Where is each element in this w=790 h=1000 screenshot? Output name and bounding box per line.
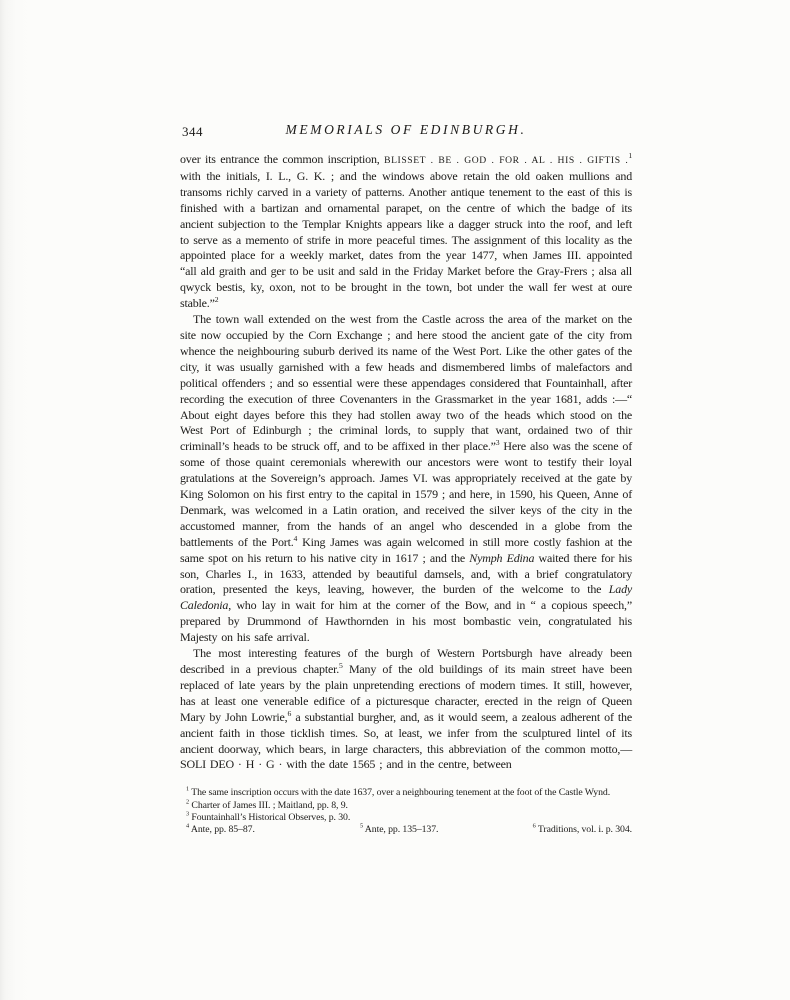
footnote-text: The same inscription occurs with the dat… — [189, 787, 610, 798]
footnote: 5 Ante, pp. 135–137. — [360, 824, 525, 836]
text-segment: , who lay in wait for him at the corner … — [180, 598, 632, 644]
footnote: 2 Charter of James III. ; Maitland, pp. … — [180, 800, 632, 812]
footnotes: 1 The same inscription occurs with the d… — [180, 787, 632, 836]
footnote-text: Fountainhall’s Historical Observes, p. 3… — [189, 812, 350, 823]
text-segment: The town wall extended on the west from … — [180, 312, 632, 453]
inscription-text: BLISSET . BE . GOD . FOR . AL . HIS . GI… — [384, 155, 628, 166]
footnote: 1 The same inscription occurs with the d… — [180, 787, 632, 799]
text-segment: over its entrance the common inscription… — [180, 152, 384, 166]
italic-text: Nymph Edina — [469, 551, 534, 565]
paragraph: The most interesting features of the bur… — [180, 646, 632, 773]
paragraph: over its entrance the common inscription… — [180, 152, 632, 312]
footnote-text: Ante, pp. 135–137. — [363, 824, 438, 835]
running-header-title: MEMORIALS OF EDINBURGH. — [180, 122, 632, 138]
footnote: 3 Fountainhall’s Historical Observes, p.… — [180, 812, 632, 824]
footnote: 4 Ante, pp. 85–87. — [186, 824, 360, 836]
footnote-text: Traditions, vol. i. p. 304. — [536, 824, 632, 835]
footnote-text: Charter of James III. ; Maitland, pp. 8,… — [189, 800, 348, 811]
page-header: 344 MEMORIALS OF EDINBURGH. — [180, 122, 632, 140]
footnote: 6 Traditions, vol. i. p. 304. — [525, 824, 632, 836]
footnote-marker: 2 — [215, 295, 219, 304]
paragraph: The town wall extended on the west from … — [180, 312, 632, 646]
text-segment: with the initials, I. L., G. K. ; and th… — [180, 169, 632, 310]
footnote-text: Ante, pp. 85–87. — [189, 824, 255, 835]
footnote-marker: 1 — [628, 151, 632, 160]
footnote-row: 4 Ante, pp. 85–87.5 Ante, pp. 135–137.6 … — [180, 824, 632, 836]
text-segment: Here also was the scene of some of those… — [180, 439, 632, 548]
page-number: 344 — [182, 124, 203, 140]
book-page: 344 MEMORIALS OF EDINBURGH. over its ent… — [0, 0, 790, 1000]
page-content: 344 MEMORIALS OF EDINBURGH. over its ent… — [180, 122, 632, 837]
body-text: over its entrance the common inscription… — [180, 152, 632, 773]
